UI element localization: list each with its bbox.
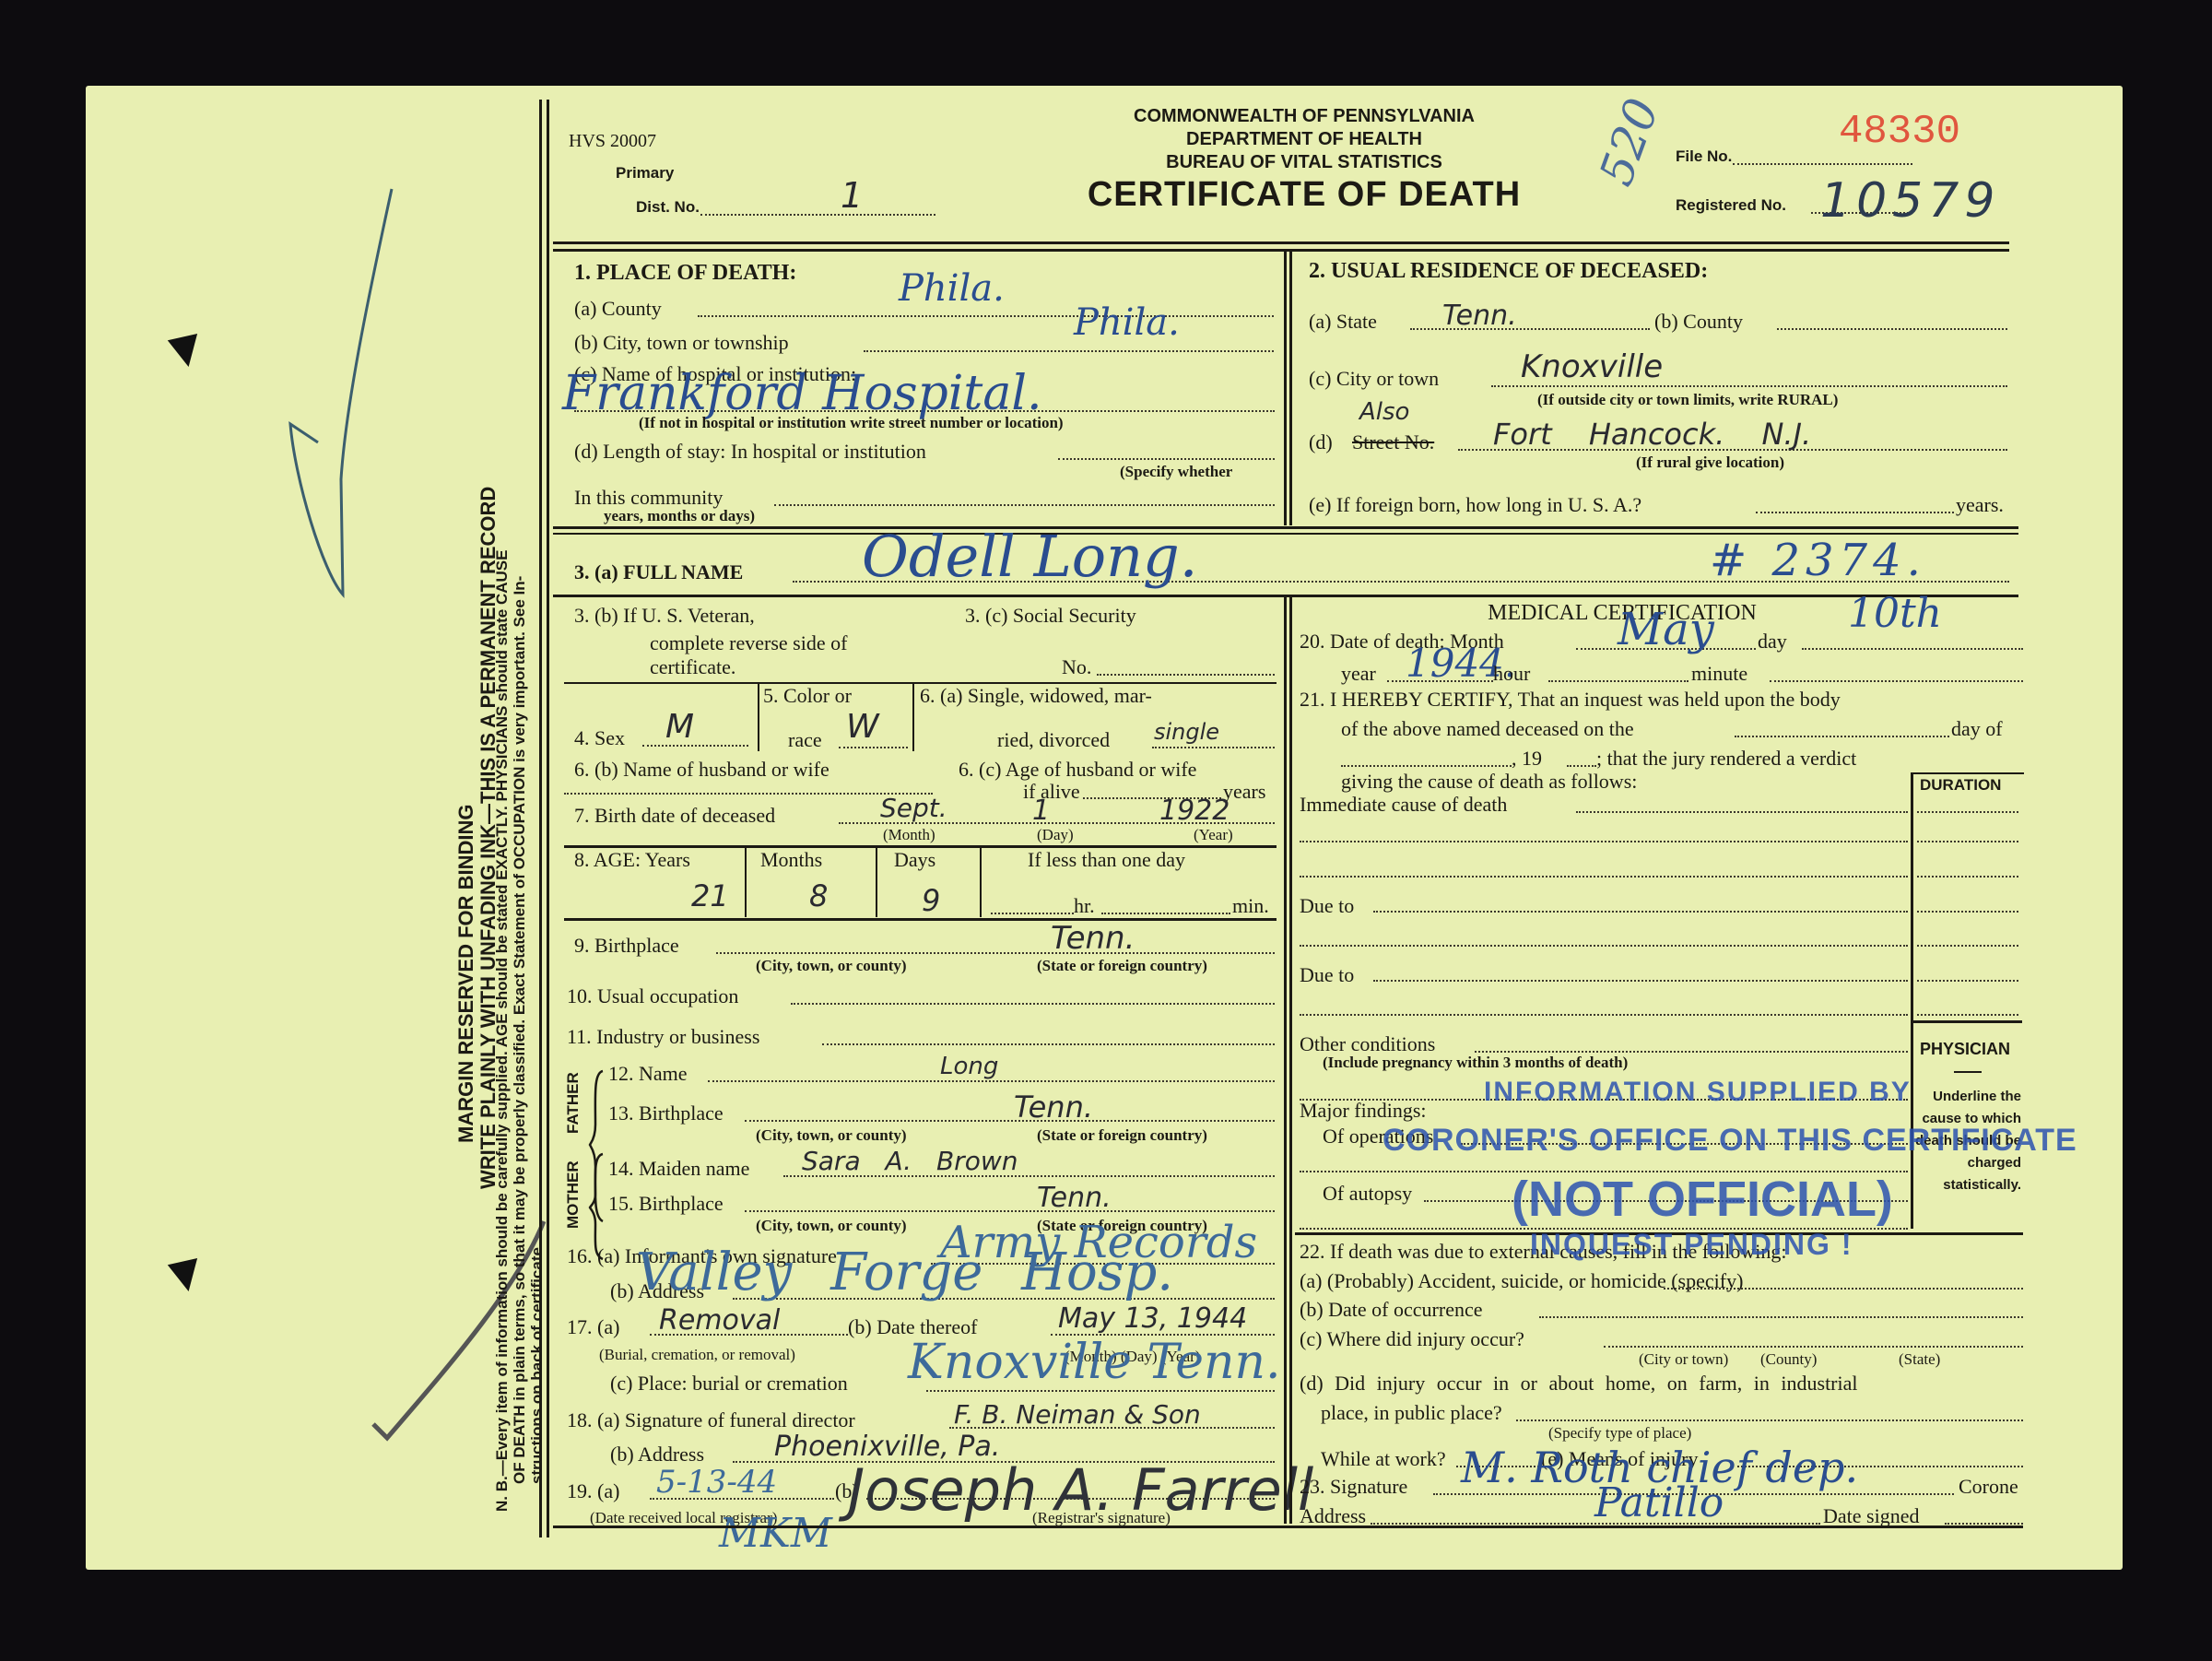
certify-line-3b: ; that the jury rendered a verdict [1596,747,1856,771]
sex-value: M [665,708,694,746]
dist-number-value: 1 [841,175,863,216]
inquest-pending-stamp: INQUEST PENDING ! [1530,1228,1853,1262]
file-number-stamp: 48330 [1839,109,1960,155]
occupation-label: 10. Usual occupation [567,984,738,1008]
father-name-value: Long [940,1053,998,1080]
disposition-value: Removal [659,1304,780,1337]
marital-status-value: single [1154,719,1219,745]
funeral-director-value: F. B. Neiman & Son [954,1399,1201,1430]
residence-heading: 2. USUAL RESIDENCE OF DECEASED: [1309,259,1708,284]
residence-street-note: (If rural give location) [1636,454,1784,472]
file-label: File No. [1676,147,1732,166]
age-years-value: 21 [691,878,729,913]
foreign-born-label: (e) If foreign born, how long in U. S. A… [1309,493,1641,517]
disposition-note: (Burial, cremation, or removal) [599,1346,795,1364]
margin-binding-note: MARGIN RESERVED FOR BINDING [454,804,478,1143]
registered-number-value: 10579 [1820,173,2000,229]
mother-maiden-name-label: 14. Maiden name [608,1157,749,1181]
veteran-label: 3. (b) If U. S. Veteran, [574,604,755,628]
injury-place-label: (d) Did injury occur in or about home, o… [1300,1372,1858,1396]
father-name-label: 12. Name [608,1062,688,1086]
department-name: DEPARTMENT OF HEALTH [1060,129,1548,150]
marital-status-label-2: ried, divorced [997,728,1110,752]
less-than-day-label: If less than one day [1028,848,1185,872]
burial-place-label: (c) Place: burial or cremation [610,1372,848,1396]
bureau-name: BUREAU OF VITAL STATISTICS [1060,152,1548,173]
length-of-stay-label: (d) Length of stay: In hospital or insti… [574,440,926,464]
residence-city-label: (c) City or town [1309,367,1439,391]
death-day-label: day [1758,630,1787,654]
foreign-born-unit: years. [1956,493,2004,517]
coroner-stamp-line2: CORONER'S OFFICE ON THIS CERTIFICATE [1382,1123,2077,1159]
disposition-label: 17. (a) [567,1315,619,1339]
certificate-title: CERTIFICATE OF DEATH [1041,175,1567,215]
spouse-name-label: 6. (b) Name of husband or wife [574,758,829,782]
while-at-work-label: While at work? [1321,1447,1446,1471]
full-name-value: Odell Long. [862,523,1197,590]
death-city-value: Phila. [1074,301,1180,344]
coroner-address-value: Patillo [1594,1479,1724,1526]
spouse-age-label: 6. (c) Age of husband or wife [959,758,1196,782]
certify-line-4: giving the cause of death as follows: [1341,770,1637,794]
full-name-label: 3. (a) FULL NAME [574,560,743,584]
birth-day-note: (Day) [1037,826,1074,844]
injury-location-label: (c) Where did injury occur? [1300,1327,1524,1351]
hours-label: hr. [1074,894,1095,918]
death-county-value: Phila. [899,267,1005,310]
minutes-label: min. [1232,894,1269,918]
age-days-value: 9 [922,883,940,918]
hospital-note: (If not in hospital or institution write… [639,414,1064,432]
coroner-label: Corone [1959,1475,2018,1499]
sex-label: 4. Sex [574,726,625,750]
injury-place-label-2: place, in public place? [1321,1401,1502,1425]
father-state-note: (State or foreign country) [1037,1126,1207,1145]
external-type-label: (a) (Probably) Accident, suicide, or hom… [1300,1269,1743,1293]
certify-line-2: of the above named deceased on the [1341,717,1634,741]
mother-birthplace-value: Tenn. [1037,1182,1112,1214]
birth-year-value: 1922 [1159,795,1230,827]
burial-place-value: Knoxville Tenn. [908,1335,1280,1390]
birth-year-note: (Year) [1194,826,1233,844]
registrar-date-label: 19. (a) [567,1479,619,1503]
birth-month-note: (Month) [883,826,935,844]
registered-label: Registered No. [1676,196,1786,215]
residence-state-value: Tenn. [1442,300,1517,332]
birth-month-value: Sept. [880,793,947,823]
disposition-date-value: May 13, 1944 [1058,1302,1247,1335]
death-day-value: 10th [1848,590,1942,637]
dist-label: Dist. No. [636,198,700,217]
ssn-no-label: No. [1062,655,1091,679]
agency-name: COMMONWEALTH OF PENNSYLVANIA [1060,106,1548,127]
age-years-label: 8. AGE: Years [574,848,690,872]
race-label: race [788,728,822,752]
margin-instructions-2: OF DEATH in plain terms, so that it may … [511,576,529,1484]
mother-side-label: MOTHER [564,1160,582,1229]
age-days-label: Days [894,848,935,872]
form-code: HVS 20007 [569,131,656,152]
death-county-label: (a) County [574,297,662,321]
birthplace-value: Tenn. [1051,920,1135,957]
major-findings-label: Major findings: [1300,1099,1427,1123]
due-to-label-2: Due to [1300,963,1354,987]
death-year-label: year [1341,662,1376,686]
death-month-value: May [1618,604,1714,655]
informant-address-value: Valley Forge Hosp. [636,1243,1173,1302]
binding-rule [539,100,542,1537]
autopsy-label: Of autopsy [1323,1182,1412,1206]
mother-birthplace-label: 15. Birthplace [608,1192,724,1216]
injury-county-note: (County) [1760,1350,1817,1369]
residence-street-value: Fort Hancock. N.J. [1493,417,1811,452]
injury-city-note: (City or town) [1639,1350,1728,1369]
death-city-label: (b) City, town or township [574,331,789,355]
certify-line-2b: day of [1951,717,2003,741]
place-of-death-heading: 1. PLACE OF DEATH: [574,261,796,286]
birthplace-state-note: (State or foreign country) [1037,957,1207,975]
residence-state-label: (a) State [1309,310,1377,334]
physician-label: PHYSICIAN [1920,1040,2010,1059]
marital-status-label: 6. (a) Single, widowed, mar- [920,684,1152,708]
duration-label: DURATION [1920,776,2001,795]
birthplace-city-note: (City, town, or county) [756,957,907,975]
occurrence-date-label: (b) Date of occurrence [1300,1298,1482,1322]
father-city-note: (City, town, or county) [756,1126,907,1145]
certify-line-1: 21. I HEREBY CERTIFY, That an inquest wa… [1300,688,1841,712]
funeral-director-label: 18. (a) Signature of funeral director [567,1408,855,1432]
injury-state-note: (State) [1899,1350,1940,1369]
residence-county-label: (b) County [1654,310,1743,334]
margin-instructions-1: N. B.—Every item of information should b… [493,550,512,1512]
certify-line-3a: , 19 [1512,747,1542,771]
father-birthplace-label: 13. Birthplace [608,1101,724,1125]
mother-maiden-name-value: Sara A. Brown [802,1146,1018,1176]
birthplace-label: 9. Birthplace [574,934,679,958]
mother-city-note: (City, town, or county) [756,1217,907,1235]
birth-date-label: 7. Birth date of deceased [574,804,775,828]
case-number: # 2374. [1710,535,1926,586]
birth-day-value: 1 [1032,795,1050,827]
residence-city-value: Knoxville [1521,348,1663,385]
age-months-label: Months [760,848,822,872]
not-official-stamp: (NOT OFFICIAL) [1512,1171,1893,1228]
pencil-check-mark-icon [258,184,406,608]
other-conditions-note: (Include pregnancy within 3 months of de… [1323,1054,1628,1072]
veteran-label-3: certificate. [650,655,735,679]
immediate-cause-label: Immediate cause of death [1300,793,1507,817]
industry-label: 11. Industry or business [567,1025,759,1049]
hospital-value: Frankford Hospital. [562,366,1041,421]
due-to-label-1: Due to [1300,894,1354,918]
color-label: 5. Color or [763,684,852,708]
death-hour-label: hour [1493,662,1530,686]
veteran-label-2: complete reverse side of [650,631,847,655]
death-minute-label: minute [1691,662,1747,686]
ssn-label: 3. (c) Social Security [965,604,1136,628]
residence-street-prefix: (d) [1309,430,1333,454]
race-value: W [846,708,879,746]
community-note: years, months or days) [604,507,755,525]
age-months-value: 8 [809,878,828,913]
registrar-signature-value: Joseph A. Farrell [848,1456,1313,1524]
injury-place-note: (Specify type of place) [1548,1424,1691,1443]
residence-city-note: (If outside city or town limits, write R… [1537,391,1838,409]
binding-rule-inner [547,100,549,1537]
margin-instructions-3: structions on back of certificate. [528,1243,547,1484]
father-birthplace-value: Tenn. [1014,1090,1093,1125]
coroner-signature-label: 23. Signature [1300,1475,1407,1499]
primary-label: Primary [616,164,674,183]
father-side-label: FATHER [564,1072,582,1134]
stay-specify-note: (Specify whether [1120,463,1232,481]
coroner-stamp-line1: INFORMATION SUPPLIED BY [1484,1077,1912,1108]
residence-also-note: Also [1359,398,1409,426]
residence-street-label-struck: Street No. [1352,430,1434,454]
registrar-date-value: 5-13-44 [656,1464,777,1501]
clerk-initials: MKM [719,1510,832,1557]
